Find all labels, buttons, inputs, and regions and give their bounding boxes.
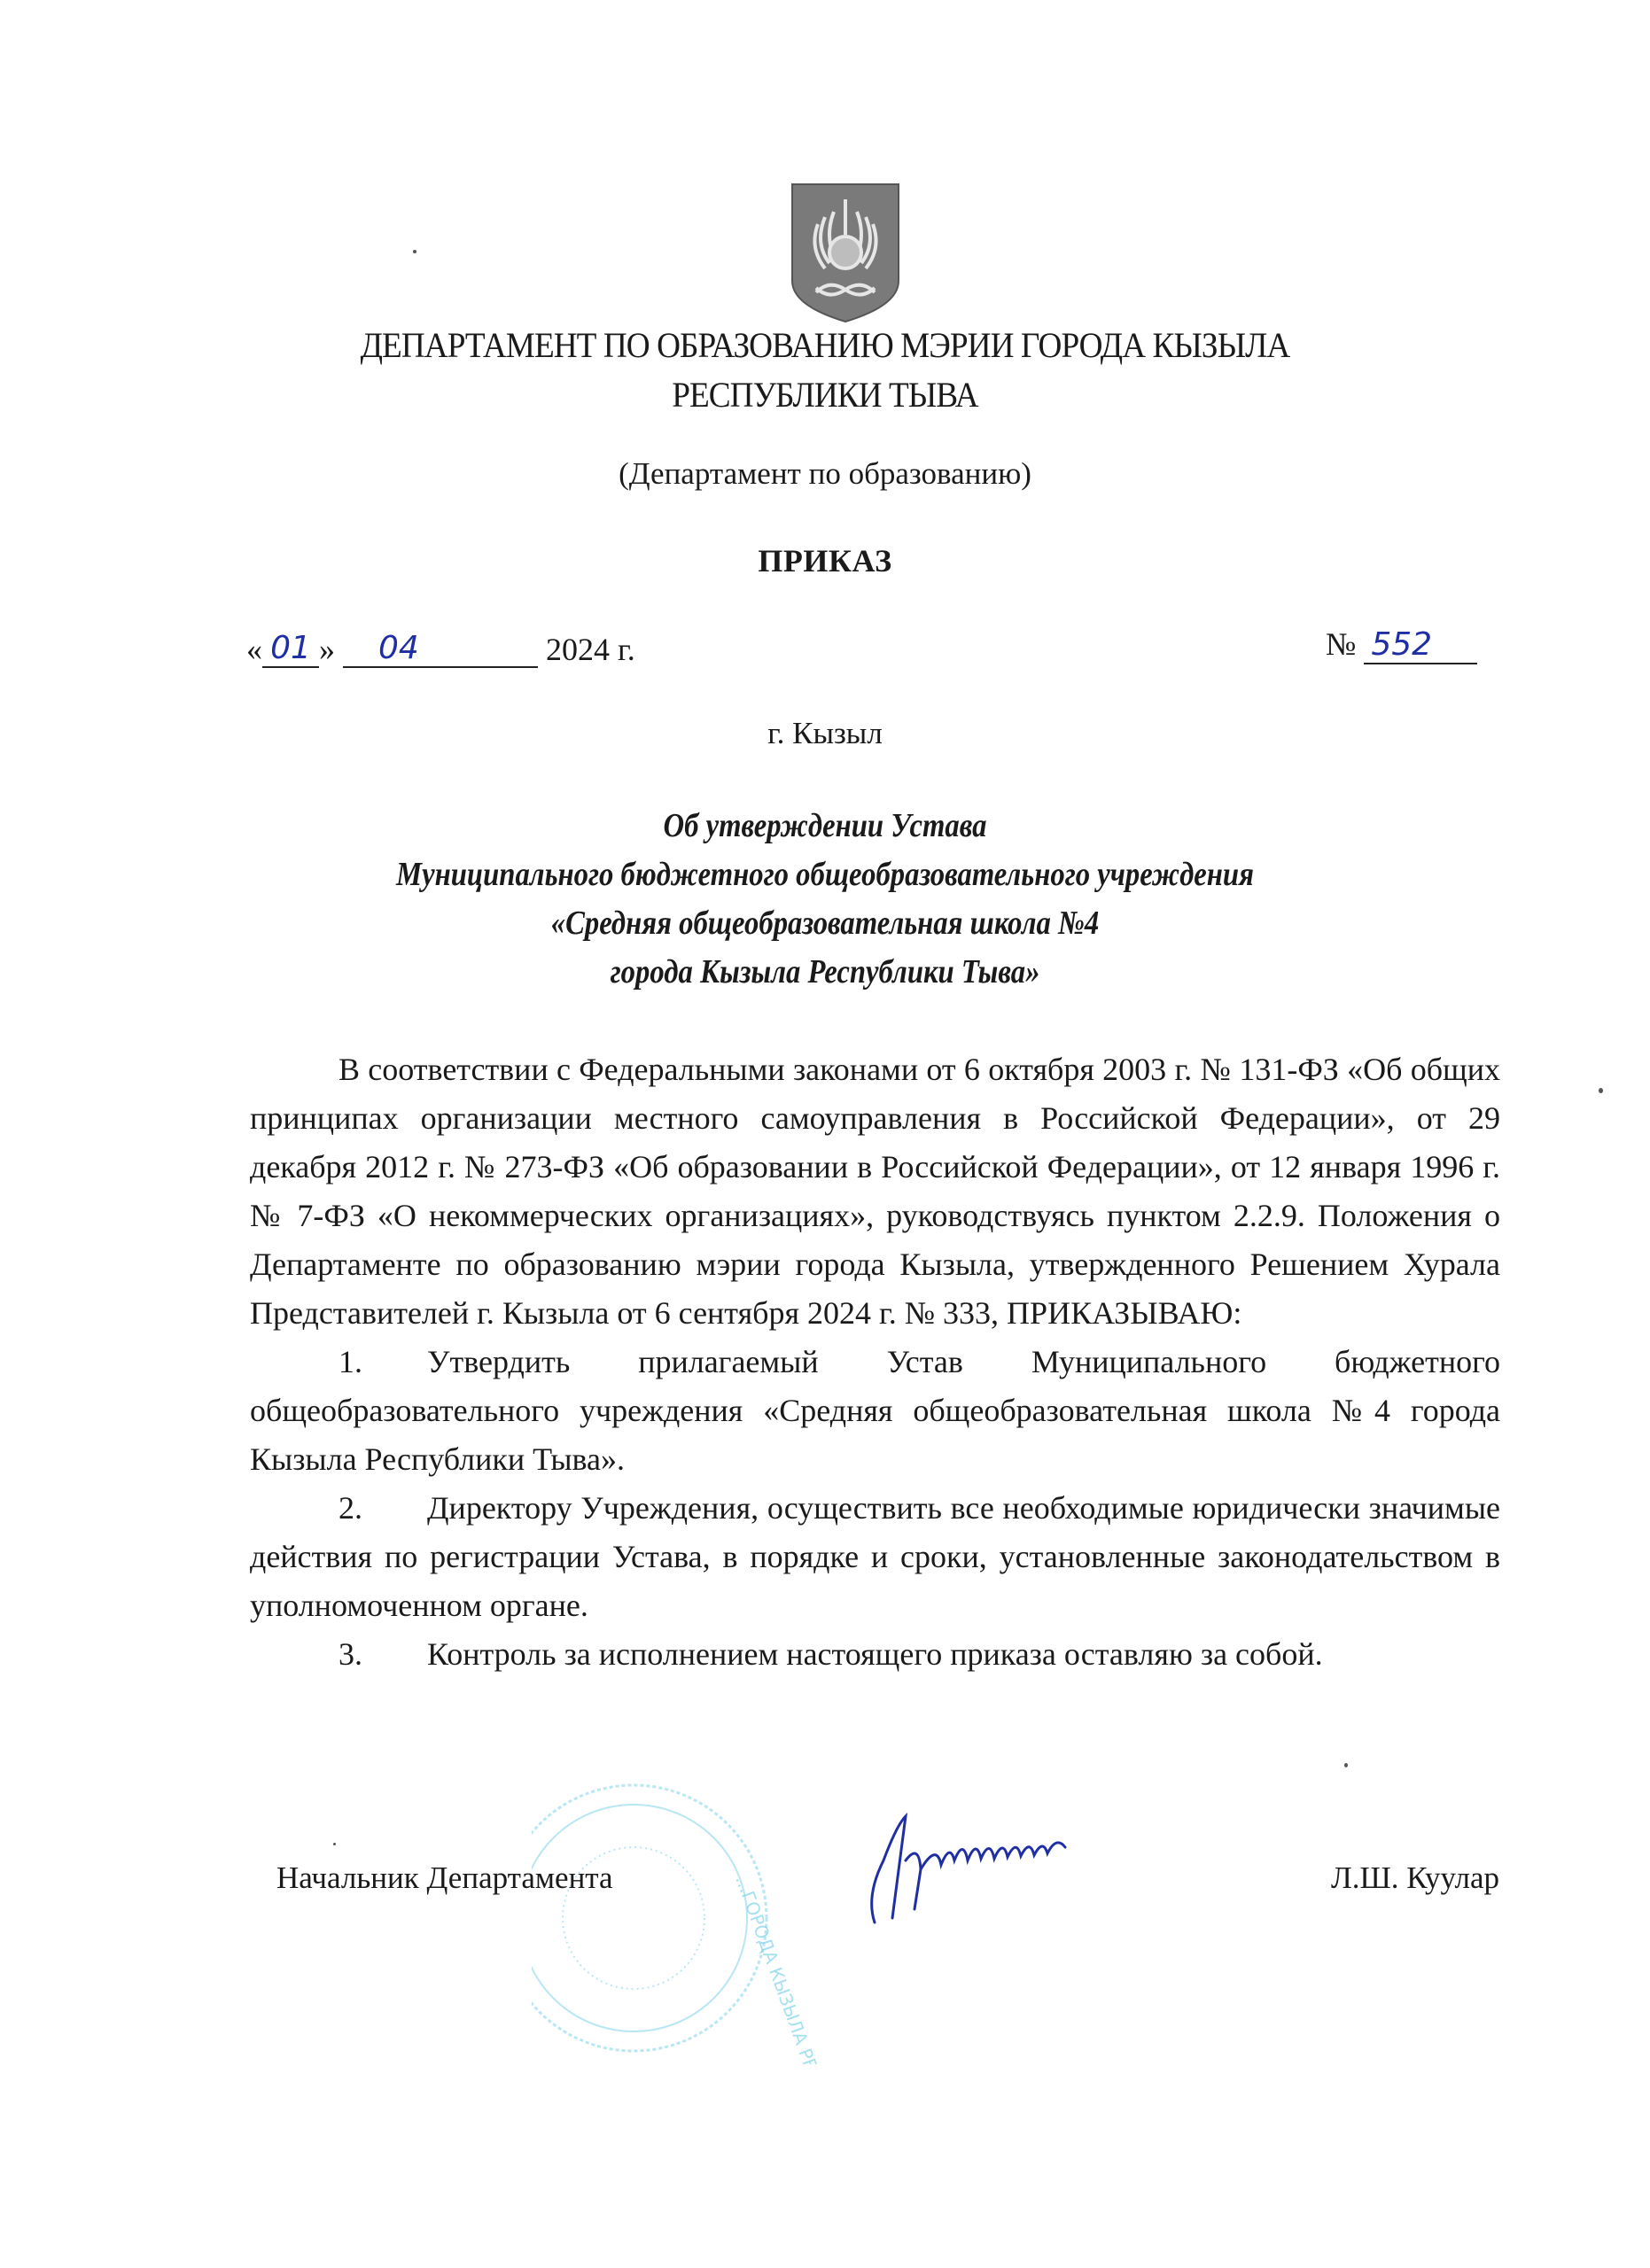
city-name: г. Кызыл [0,716,1650,751]
subject-line1: Об утверждении Устава [115,802,1534,850]
order-item-3: 3.Контроль за исполнением настоящего при… [250,1630,1500,1679]
date-open-quote: « [246,632,262,667]
preamble-paragraph: В соответствии с Федеральными законами о… [250,1045,1500,1338]
scan-speck [413,250,416,253]
signature-block: Начальник Департамента Л.Ш. Куулар [276,1860,1499,1931]
order-item-2: 2.Директору Учреждения, осуществить все … [250,1484,1500,1630]
date-close-quote: » [319,632,335,667]
handwritten-signature-icon [866,1807,1087,1931]
number-label: № [1326,626,1356,662]
document-type-heading: ПРИКАЗ [0,542,1650,579]
order-number: № 552 [1326,625,1477,664]
order-subject: Об утверждении Устава Муниципального бюд… [0,802,1650,997]
item-text: Контроль за исполнением настоящего прика… [427,1636,1323,1672]
item-number: 2. [339,1484,427,1533]
order-item-1: 1.Утвердить прилагаемый Устав Муниципаль… [250,1338,1500,1484]
organization-title-line2: РЕСПУБЛИКИ ТЫВА [58,370,1592,420]
date-day-field: 01 [262,631,319,668]
order-body: В соответствии с Федеральными законами о… [250,1045,1500,1679]
organization-short-name: (Департамент по образованию) [0,456,1650,492]
item-text: Утвердить прилагаемый Устав Муниципально… [250,1344,1500,1477]
signatory-name: Л.Ш. Куулар [1331,1860,1499,1896]
signatory-position: Начальник Департамента [276,1860,613,1896]
scan-speck [1344,1763,1348,1767]
date-year: 2024 г. [546,632,635,667]
subject-line2: Муниципального бюджетного общеобразовате… [115,850,1534,899]
organization-title-line1: ДЕПАРТАМЕНТ ПО ОБРАЗОВАНИЮ МЭРИИ ГОРОДА … [58,321,1592,370]
organization-title: ДЕПАРТАМЕНТ ПО ОБРАЗОВАНИЮ МЭРИИ ГОРОДА … [58,321,1592,420]
item-number: 1. [339,1338,427,1386]
coat-of-arms-icon [790,182,901,323]
number-field: 552 [1364,627,1477,664]
item-text: Директору Учреждения, осуществить все не… [250,1490,1500,1623]
scan-speck [1599,1088,1603,1093]
date-month-field: 04 [343,631,538,668]
subject-line4: города Кызыла Республики Тыва» [115,948,1534,997]
order-date: «01» 04 2024 г. [246,631,635,675]
subject-line3: «Средняя общеобразовательная школа №4 [115,899,1534,948]
item-number: 3. [339,1630,427,1679]
scan-speck [333,1843,336,1845]
